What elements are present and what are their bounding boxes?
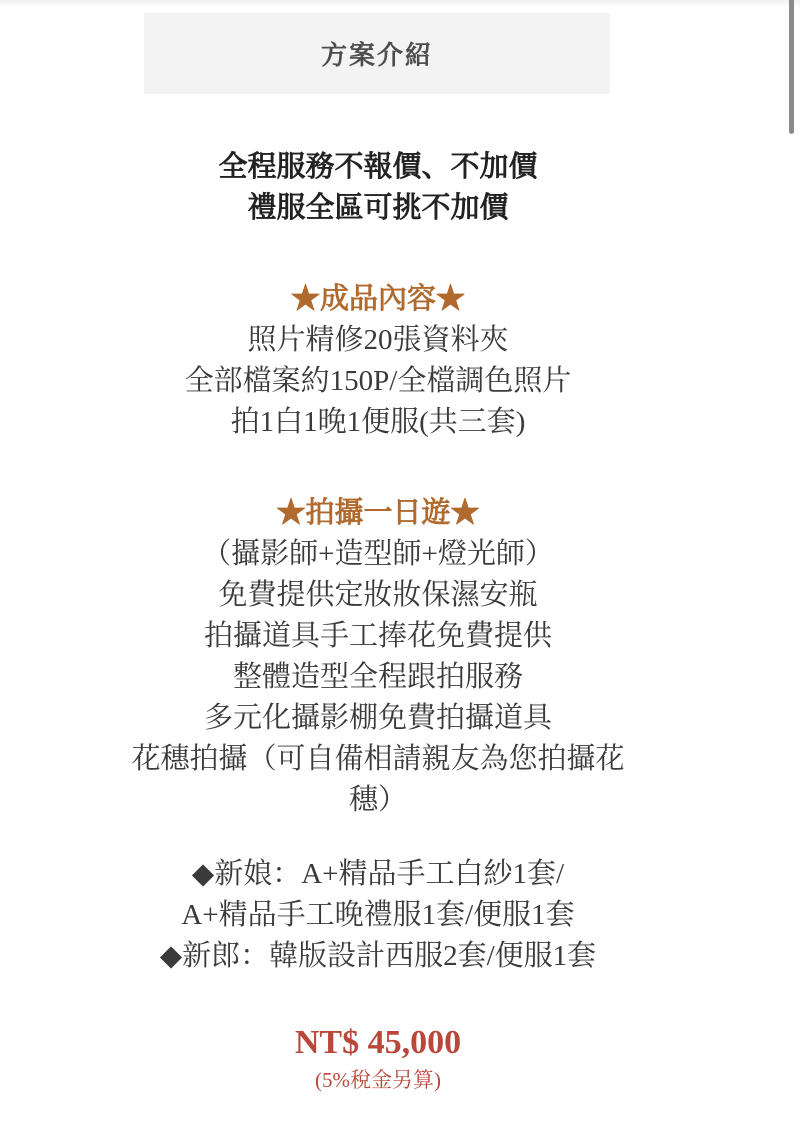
outfit-line-bride-cont: A+精品手工晚禮服1套/便服1套 bbox=[0, 895, 756, 936]
outfit-line-bride: ◆新娘：A+精品手工白紗1套/ bbox=[0, 854, 756, 895]
section-line: 拍1白1晚1便服(共三套) bbox=[0, 402, 756, 443]
intro-line: 全程服務不報價、不加價 bbox=[0, 147, 756, 188]
outfits-block: ◆新娘：A+精品手工白紗1套/ A+精品手工晚禮服1套/便服1套 ◆新郎：韓版設… bbox=[0, 854, 756, 977]
section-line: 拍攝道具手工捧花免費提供 bbox=[0, 616, 756, 657]
vertical-scrollbar-thumb[interactable] bbox=[789, 0, 794, 134]
section-line: 花穗拍攝（可自備相請親友為您拍攝花 bbox=[0, 739, 756, 780]
section-line: 多元化攝影棚免費拍攝道具 bbox=[0, 698, 756, 739]
section-one-day-shoot: ★拍攝一日遊★ （攝影師+造型師+燈光師） 免費提供定妝妝保濕安瓶 拍攝道具手工… bbox=[0, 493, 756, 821]
page-title: 方案介紹 bbox=[321, 35, 433, 72]
section-line: 照片精修20張資料夾 bbox=[0, 320, 756, 361]
price-amount: NT$ 45,000 bbox=[0, 1021, 756, 1065]
intro-block: 全程服務不報價、不加價 禮服全區可挑不加價 bbox=[0, 147, 756, 229]
section-line: 全部檔案約150P/全檔調色照片 bbox=[0, 361, 756, 402]
intro-line: 禮服全區可挑不加價 bbox=[0, 188, 756, 229]
section-heading: ★拍攝一日遊★ bbox=[0, 493, 756, 534]
plan-page: 方案介紹 全程服務不報價、不加價 禮服全區可挑不加價 ★成品內容★ 照片精修20… bbox=[0, 0, 756, 1095]
section-line: 穗） bbox=[0, 780, 756, 821]
section-line: 免費提供定妝妝保濕安瓶 bbox=[0, 575, 756, 616]
section-finished-products: ★成品內容★ 照片精修20張資料夾 全部檔案約150P/全檔調色照片 拍1白1晚… bbox=[0, 279, 756, 443]
price-block: NT$ 45,000 (5%稅金另算) bbox=[0, 1021, 756, 1095]
section-line: （攝影師+造型師+燈光師） bbox=[0, 534, 756, 575]
section-heading: ★成品內容★ bbox=[0, 279, 756, 320]
outfit-line-groom: ◆新郎：韓版設計西服2套/便服1套 bbox=[0, 936, 756, 977]
price-tax-note: (5%稅金另算) bbox=[0, 1065, 756, 1095]
section-line: 整體造型全程跟拍服務 bbox=[0, 657, 756, 698]
section-title-box: 方案介紹 bbox=[144, 13, 610, 94]
